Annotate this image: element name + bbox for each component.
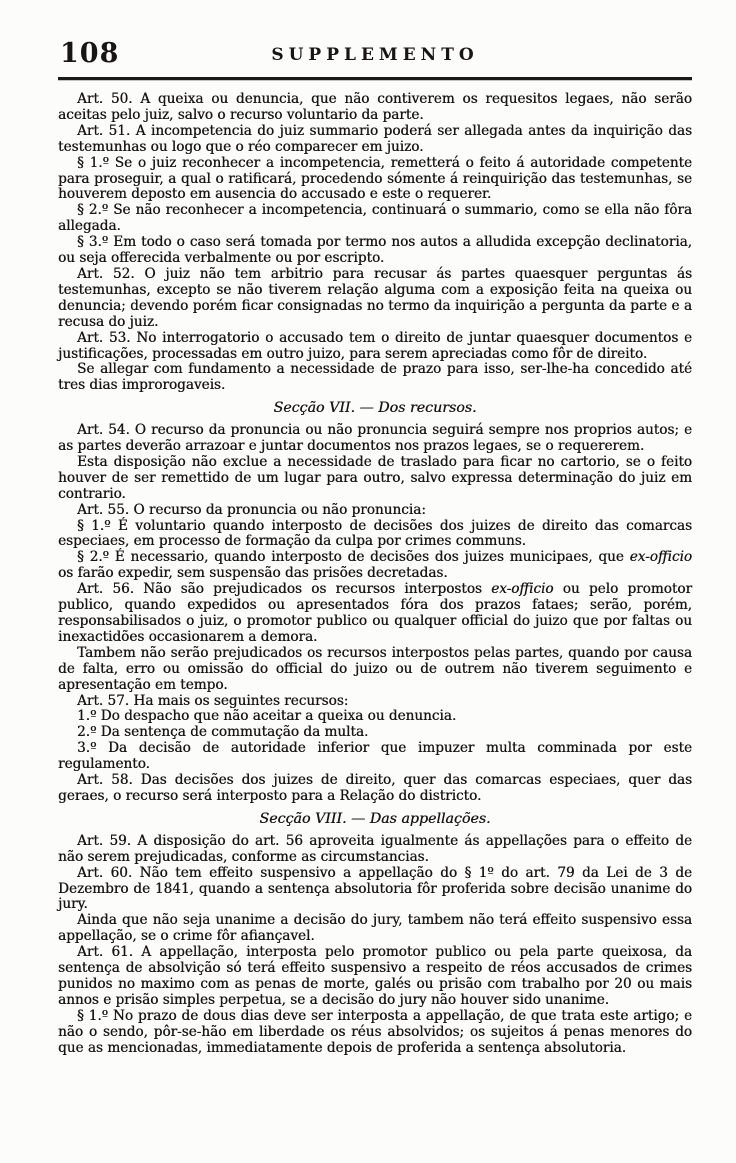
paragraph: Art. 53. No interrogatorio o accusado te… bbox=[58, 331, 692, 363]
text-run: Esta disposição não exclue a necessidade… bbox=[58, 454, 692, 502]
paragraph: § 1.º Se o juiz reconhecer a incompetenc… bbox=[58, 156, 692, 204]
paragraph: Art. 59. A disposição do art. 56 aprovei… bbox=[58, 834, 692, 866]
page-header-title: SUPPLEMENTO bbox=[271, 45, 478, 65]
text-run: Art. 55. O recurso da pronuncia ou não p… bbox=[77, 502, 426, 518]
italic-text-run: ex-officio bbox=[630, 549, 692, 565]
paragraph: Se allegar com fundamento a necessidade … bbox=[58, 362, 692, 394]
page-header: 108 SUPPLEMENTO bbox=[58, 40, 692, 70]
paragraph: 2.º Da sentença de commutação da multa. bbox=[58, 725, 692, 741]
text-run: Se allegar com fundamento a necessidade … bbox=[58, 361, 692, 393]
paragraph: Art. 51. A incompetencia do juiz summari… bbox=[58, 124, 692, 156]
paragraph: § 2.º Se não reconhecer a incompetencia,… bbox=[58, 203, 692, 235]
text-run: § 1.º É voluntario quando interposto de … bbox=[58, 518, 692, 550]
page-number: 108 bbox=[60, 40, 119, 68]
text-run: 2.º Da sentença de commutação da multa. bbox=[77, 724, 368, 740]
text-run: Art. 60. Não tem effeito suspensivo a ap… bbox=[58, 865, 692, 913]
section-heading: Secção VII. — Dos recursos. bbox=[58, 401, 692, 417]
paragraph: Tambem não serão prejudicados os recurso… bbox=[58, 646, 692, 694]
paragraph: § 2.º É necessario, quando interposto de… bbox=[58, 550, 692, 582]
paragraph: Art. 61. A appellação, interposta pelo p… bbox=[58, 945, 692, 1009]
text-run: § 1.º No prazo de dous dias deve ser int… bbox=[58, 1008, 692, 1056]
text-run: Art. 54. O recurso da pronuncia ou não p… bbox=[58, 422, 692, 454]
paragraph: § 1.º É voluntario quando interposto de … bbox=[58, 519, 692, 551]
text-run: Ainda que não seja unanime a decisão do … bbox=[58, 912, 692, 944]
paragraph: § 1.º No prazo de dous dias deve ser int… bbox=[58, 1009, 692, 1057]
text-run: Art. 58. Das decisões dos juizes de dire… bbox=[58, 772, 692, 804]
paragraph: Art. 52. O juiz não tem arbitrio para re… bbox=[58, 267, 692, 331]
text-run: Art. 53. No interrogatorio o accusado te… bbox=[58, 330, 692, 362]
text-run: Secção VII. — Dos recursos. bbox=[273, 400, 476, 416]
text-run: 1.º Do despacho que não aceitar a queixa… bbox=[77, 708, 456, 724]
italic-text-run: ex-officio bbox=[491, 581, 553, 597]
text-run: Secção VIII. — Das appellações. bbox=[259, 811, 490, 827]
paragraph: Art. 54. O recurso da pronuncia ou não p… bbox=[58, 423, 692, 455]
paragraph: Art. 57. Ha mais os seguintes recursos: bbox=[58, 694, 692, 710]
text-run: Art. 52. O juiz não tem arbitrio para re… bbox=[58, 266, 692, 330]
paragraph: Ainda que não seja unanime a decisão do … bbox=[58, 913, 692, 945]
text-run: Art. 51. A incompetencia do juiz summari… bbox=[58, 123, 692, 155]
document-page: 108 SUPPLEMENTO Art. 50. A queixa ou den… bbox=[0, 0, 736, 1163]
paragraph: § 3.º Em todo o caso será tomada por ter… bbox=[58, 235, 692, 267]
text-run: § 2.º É necessario, quando interposto de… bbox=[77, 549, 630, 565]
paragraph: Art. 56. Não são prejudicados os recurso… bbox=[58, 582, 692, 646]
paragraph: Esta disposição não exclue a necessidade… bbox=[58, 455, 692, 503]
paragraph: 3.º Da decisão de autoridade inferior qu… bbox=[58, 741, 692, 773]
paragraph: Art. 58. Das decisões dos juizes de dire… bbox=[58, 773, 692, 805]
text-run: os farão expedir, sem suspensão das pris… bbox=[58, 565, 448, 581]
paragraph: 1.º Do despacho que não aceitar a queixa… bbox=[58, 709, 692, 725]
paragraph: Art. 60. Não tem effeito suspensivo a ap… bbox=[58, 866, 692, 914]
document-body: Art. 50. A queixa ou denuncia, que não c… bbox=[58, 92, 692, 1056]
text-run: § 2.º Se não reconhecer a incompetencia,… bbox=[58, 202, 692, 234]
text-run: Art. 59. A disposição do art. 56 aprovei… bbox=[58, 833, 692, 865]
paragraph: Art. 50. A queixa ou denuncia, que não c… bbox=[58, 92, 692, 124]
text-run: § 3.º Em todo o caso será tomada por ter… bbox=[58, 234, 692, 266]
text-run: 3.º Da decisão de autoridade inferior qu… bbox=[58, 740, 692, 772]
text-run: Art. 61. A appellação, interposta pelo p… bbox=[58, 944, 692, 1008]
header-rule bbox=[58, 77, 692, 80]
text-run: Art. 50. A queixa ou denuncia, que não c… bbox=[58, 91, 692, 123]
text-run: Art. 56. Não são prejudicados os recurso… bbox=[77, 581, 491, 597]
section-heading: Secção VIII. — Das appellações. bbox=[58, 812, 692, 828]
text-run: § 1.º Se o juiz reconhecer a incompetenc… bbox=[58, 155, 692, 203]
paragraph: Art. 55. O recurso da pronuncia ou não p… bbox=[58, 503, 692, 519]
text-run: Tambem não serão prejudicados os recurso… bbox=[58, 645, 692, 693]
text-run: Art. 57. Ha mais os seguintes recursos: bbox=[77, 693, 348, 709]
